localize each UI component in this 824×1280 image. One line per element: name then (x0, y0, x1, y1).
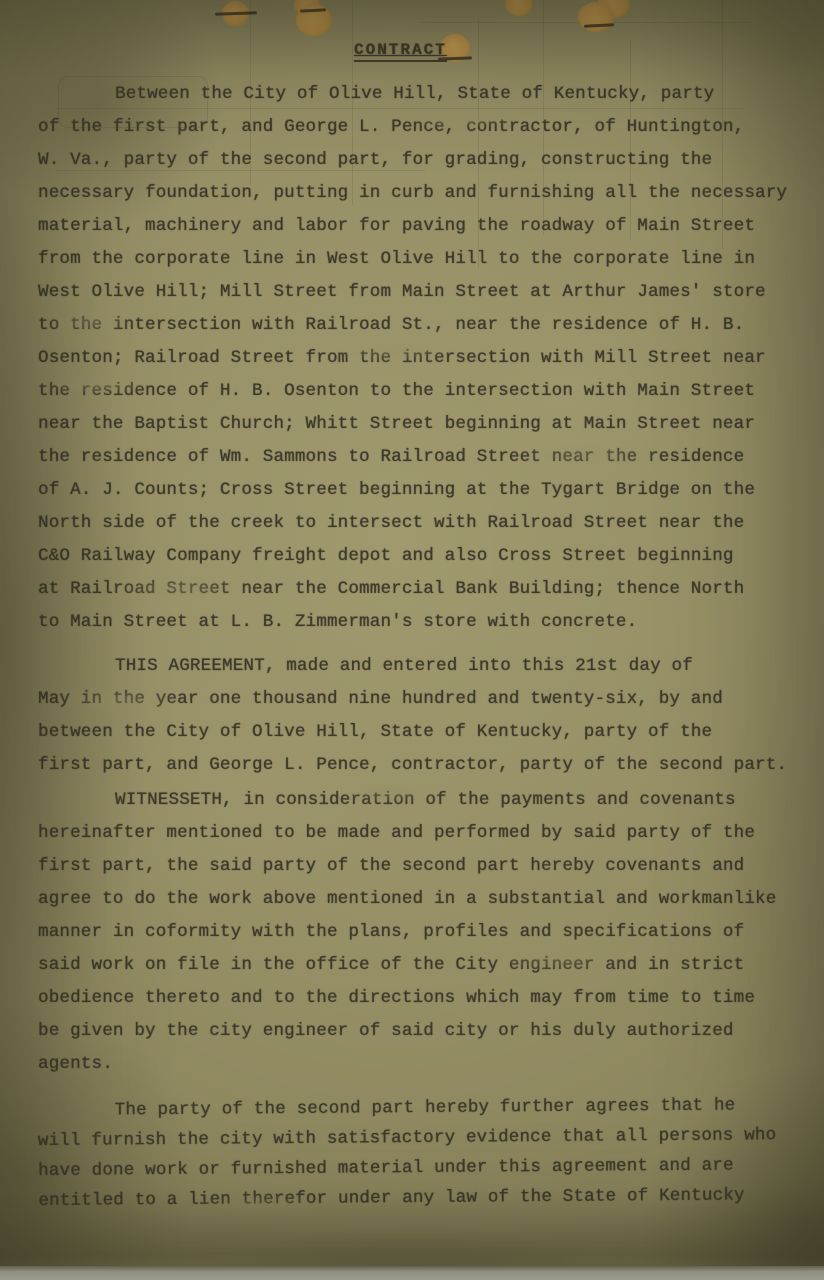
paper-stain (222, 1, 249, 26)
text-line: first part, the said party of the second… (38, 850, 814, 883)
text-line: obedience thereto and to the directions … (38, 982, 814, 1015)
text-line: at Railroad Street near the Commercial B… (38, 573, 814, 606)
text-line: between the City of Olive Hill, State of… (38, 716, 814, 749)
document-title: CONTRACT (354, 41, 447, 62)
text-line: from the corporate line in West Olive Hi… (38, 243, 814, 276)
text-line: agents. (38, 1048, 814, 1081)
text-line: THIS AGREEMENT, made and entered into th… (38, 650, 814, 683)
text-line: manner in coformity with the plans, prof… (38, 916, 814, 949)
document-body: Between the City of Olive Hill, State of… (38, 78, 814, 1216)
paper-stain (296, 4, 332, 36)
text-line: of the first part, and George L. Pence, … (38, 111, 814, 144)
text-line: to the intersection with Railroad St., n… (38, 309, 814, 342)
paragraph: WITNESSETH, in consideration of the paym… (38, 784, 814, 1081)
text-line: North side of the creek to intersect wit… (38, 507, 814, 540)
text-line: of A. J. Counts; Cross Street beginning … (38, 474, 814, 507)
paper-stain (505, 0, 533, 16)
text-line: May in the year one thousand nine hundre… (38, 683, 814, 716)
stain-pen-mark (215, 11, 257, 15)
text-line: West Olive Hill; Mill Street from Main S… (38, 276, 814, 309)
stain-pen-mark (584, 23, 614, 28)
text-line: C&O Railway Company freight depot and al… (38, 540, 814, 573)
text-line: entitled to a lien therefor under any la… (38, 1180, 814, 1216)
paper-stain (598, 0, 630, 18)
document-photo: CONTRACT Between the City of Olive Hill,… (0, 0, 824, 1280)
text-line: agree to do the work above mentioned in … (38, 883, 814, 916)
text-line: to Main Street at L. B. Zimmerman's stor… (38, 606, 814, 639)
paragraph: Between the City of Olive Hill, State of… (38, 78, 814, 639)
text-line: W. Va., party of the second part, for gr… (38, 144, 814, 177)
ghost-grid-line (420, 22, 750, 23)
text-line: be given by the city engineer of said ci… (38, 1015, 814, 1048)
text-line: the residence of Wm. Sammons to Railroad… (38, 441, 814, 474)
text-line: necessary foundation, putting in curb an… (38, 177, 814, 210)
stain-pen-mark (300, 8, 326, 12)
text-line: material, machinery and labor for paving… (38, 210, 814, 243)
text-line: hereinafter mentioned to be made and per… (38, 817, 814, 850)
text-line: Osenton; Railroad Street from the inters… (38, 342, 814, 375)
paragraph: The party of the second part hereby furt… (38, 1090, 815, 1216)
paper-stain (578, 2, 614, 32)
text-line: Between the City of Olive Hill, State of… (38, 78, 814, 111)
text-line: WITNESSETH, in consideration of the paym… (38, 784, 814, 817)
paragraph: THIS AGREEMENT, made and entered into th… (38, 650, 814, 782)
contract-document: CONTRACT Between the City of Olive Hill,… (38, 40, 814, 1216)
text-line: the residence of H. B. Osenton to the in… (38, 375, 814, 408)
text-line: first part, and George L. Pence, contrac… (38, 749, 814, 782)
paper-stain (294, 0, 320, 16)
page-bottom-edge (0, 1266, 824, 1280)
text-line: near the Baptist Church; Whitt Street be… (38, 408, 814, 441)
text-line: said work on file in the office of the C… (38, 949, 814, 982)
